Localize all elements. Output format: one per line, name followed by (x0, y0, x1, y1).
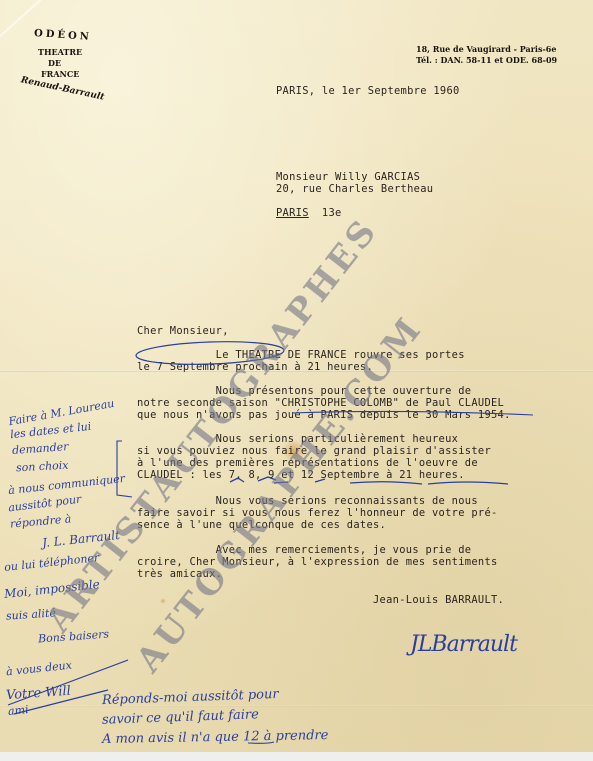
paragraph-4-line-2: faire savoir si vous nous ferez l'honneu… (137, 508, 498, 520)
margin-note: Votre Will (6, 684, 72, 703)
letter-date: PARIS, le 1er Septembre 1960 (276, 86, 460, 98)
stain (160, 598, 166, 604)
recipient-name: Monsieur Willy GARCIAS (276, 172, 420, 184)
margin-note: à vous deux (6, 659, 73, 679)
recipient-city-line: PARIS 13e (276, 208, 342, 220)
paragraph-5-line-1: Avec mes remerciements, je vous prie de (137, 545, 471, 557)
letterhead-address: 18, Rue de Vaugirard - Paris-6e Tél. : D… (416, 44, 557, 66)
paragraph-2-line-1: Nous présentons pour cette ouverture de (137, 386, 471, 398)
signature: JLBarrault (410, 632, 517, 657)
address-phone: Tél. : DAN. 58-11 et ODE. 68-09 (416, 55, 557, 66)
logo-odeon: ODÉON (34, 28, 92, 43)
salutation: Cher Monsieur, (137, 326, 229, 338)
paper-fold (0, 705, 593, 707)
letter-page: ODÉON THEATRE DE FRANCE Renaud-Barrault … (0, 0, 593, 752)
margin-note: demander (12, 440, 69, 457)
recipient-street: 20, rue Charles Bertheau (276, 184, 433, 196)
bottom-note: savoir ce qu'il faut faire (102, 707, 259, 727)
recipient-city: PARIS (276, 207, 309, 219)
signatory-name: Jean-Louis BARRAULT. (373, 595, 504, 607)
logo-france: FRANCE (41, 69, 79, 79)
margin-note: ami (7, 703, 29, 718)
margin-note: répondre à (10, 512, 72, 530)
logo-renaud-barrault: Renaud-Barrault (20, 75, 105, 102)
margin-note: son choix (16, 459, 69, 475)
paragraph-5-line-2: croire, Cher Monsieur, à l'expression de… (137, 557, 498, 569)
bottom-note: A mon avis il n'a que 12 à prendre (102, 728, 329, 747)
address-street: 18, Rue de Vaugirard - Paris-6e (416, 44, 557, 55)
theatre-logo: ODÉON THEATRE DE FRANCE Renaud-Barrault (14, 22, 104, 92)
paragraph-4-line-1: Nous vous serions reconnaissants de nous (137, 496, 478, 508)
logo-theatre: THEATRE (38, 47, 82, 57)
recipient-district: 13e (322, 207, 342, 219)
logo-de: DE (48, 58, 61, 68)
scan-border (0, 752, 593, 761)
